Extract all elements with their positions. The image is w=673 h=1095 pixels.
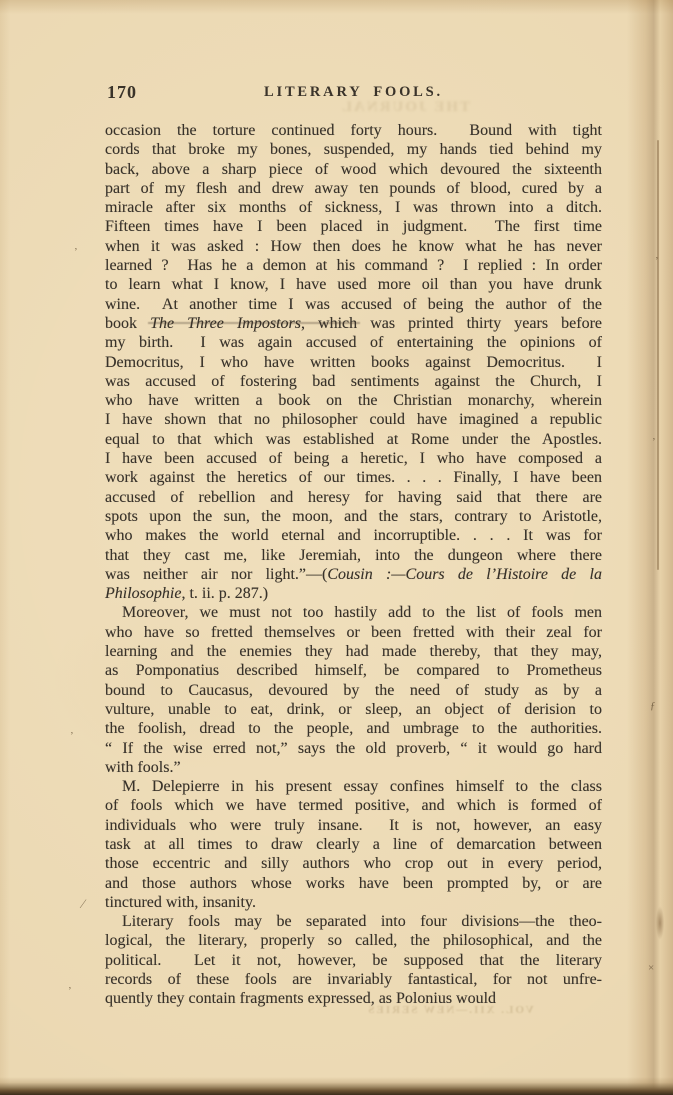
text-segment: vulture, unable to eat, drink, or sleep,… [105,701,602,718]
text-segment: who have written a book on the Christian… [105,392,602,409]
text-segment: task at all times to draw clearly a line… [105,836,602,853]
ink-speck: ’ [68,985,72,997]
text-segment: records of these fools are invariably fa… [105,971,602,988]
text-segment: individuals who were truly insane. It is… [105,817,602,834]
text-segment: miracle after six months of sickness, I … [105,199,602,216]
text-line: back, above a sharp piece of wood which … [105,160,602,179]
text-segment: Democritus, I who have written books aga… [105,354,602,371]
text-line: vulture, unable to eat, drink, or sleep,… [105,700,602,719]
scanned-book-page: { "page": { "number": "170", "running_he… [0,0,673,1095]
text-segment: and those authors whose works have been … [105,875,602,892]
text-segment: , which was printed thirty years before [301,315,602,332]
text-segment: logical, the literary, properly so calle… [105,932,602,949]
text-segment: to learn what I know, I have used more o… [105,276,602,293]
text-line: cords that broke my bones, suspended, my… [105,140,602,159]
text-line: wine. At another time I was accused of b… [105,295,602,314]
text-segment: political. Let it not, however, be suppo… [105,952,602,969]
text-segment: learned ? Has he a demon at his command … [105,257,602,274]
text-line: who have so fretted themselves or been f… [105,623,602,642]
text-segment: was accused of fostering bad sentiments … [105,373,602,390]
text-segment: tinctured with, insanity. [105,894,256,911]
text-line: Philosophie, t. ii. p. 287.) [105,584,602,603]
text-segment: Moreover, we must not too hastily add to… [122,604,602,621]
text-segment: , t. ii. p. 287.) [181,585,268,602]
text-line: learning and the enemies they had made t… [105,642,602,661]
paragraph: Literary fools may be separated into fou… [105,912,602,1008]
text-line: M. Delepierre in his present essay confi… [105,777,602,796]
ink-speck: ⁄ [82,896,84,912]
running-head: LITERARY FOOLS. [105,84,602,101]
text-line: learned ? Has he a demon at his command … [105,256,602,275]
text-line: records of these fools are invariably fa… [105,970,602,989]
text-line: to learn what I know, I have used more o… [105,275,602,294]
text-line: those eccentric and silly authors who cr… [105,854,602,873]
text-segment: back, above a sharp piece of wood which … [105,161,602,178]
text-line: political. Let it not, however, be suppo… [105,951,602,970]
text-line: task at all times to draw clearly a line… [105,835,602,854]
text-segment: M. Delepierre in his present essay confi… [122,778,602,795]
text-segment: with fools.” [105,759,181,776]
text-line: quently they contain fragments expressed… [105,989,602,1008]
text-line: that they cast me, like Jeremiah, into t… [105,546,602,565]
text-line: equal to that which was established at R… [105,430,602,449]
text-line: Fifteen times have I been placed in judg… [105,217,602,236]
text-segment: wine. At another time I was accused of b… [105,296,602,313]
text-line: tinctured with, insanity. [105,893,602,912]
text-segment: who makes the world eternal and incorrup… [105,527,602,544]
text-segment: those eccentric and silly authors who cr… [105,855,602,872]
ink-speck: ’ [74,246,78,258]
text-segment: cords that broke my bones, suspended, my… [105,141,602,158]
text-line: I have shown that no philosopher could h… [105,410,602,429]
ink-speck: ƒ [650,700,656,712]
text-segment: learning and the enemies they had made t… [105,643,602,660]
text-segment: that they cast me, like Jeremiah, into t… [105,547,602,564]
page-header: 170 LITERARY FOOLS. [105,82,602,104]
page-body-text: occasion the torture continued forty hou… [105,121,602,1009]
page-edge-tear [655,905,665,965]
text-segment: “ If the wise erred not,” says the old p… [105,740,602,757]
text-segment: was neither air nor light.”—( [105,566,327,583]
text-line: occasion the torture continued forty hou… [105,121,602,140]
text-segment: who have so fretted themselves or been f… [105,624,602,641]
text-line: when it was asked : How then does he kno… [105,237,602,256]
text-line: bound to Caucasus, devoured by the need … [105,681,602,700]
text-line: who makes the world eternal and incorrup… [105,526,602,545]
text-segment: my birth. I was again accused of enterta… [105,334,602,351]
italic-text: Cousin :—Cours de l’Histoire de la [327,566,602,583]
text-line: Moreover, we must not too hastily add to… [105,603,602,622]
text-segment: I have shown that no philosopher could h… [105,411,602,428]
text-segment: book [105,315,150,332]
page-right-edge-shadow [627,0,673,1095]
text-segment: bound to Caucasus, devoured by the need … [105,682,602,699]
text-line: work against the heretics of our times. … [105,468,602,487]
text-line: spots upon the sun, the moon, and the st… [105,507,602,526]
text-line: Literary fools may be separated into fou… [105,912,602,931]
text-segment: the foolish, dread to the people, and um… [105,720,602,737]
text-segment: Fifteen times have I been placed in judg… [105,218,602,235]
text-segment: Literary fools may be separated into fou… [122,913,602,930]
text-line: was accused of fostering bad sentiments … [105,372,602,391]
text-line: of fools which we have termed positive, … [105,796,602,815]
paragraph: Moreover, we must not too hastily add to… [105,603,602,777]
text-line: who have written a book on the Christian… [105,391,602,410]
text-segment: equal to that which was established at R… [105,431,602,448]
italic-text: The Three Impostors [150,315,301,332]
text-segment: work against the heretics of our times. … [105,469,602,486]
text-line: part of my flesh and drew away ten pound… [105,179,602,198]
text-line: and those authors whose works have been … [105,874,602,893]
text-segment: occasion the torture continued forty hou… [105,122,602,139]
text-line: with fools.” [105,758,602,777]
text-segment: I have been accused of being a heretic, … [105,450,602,467]
text-line: book The Three Impostors, which was prin… [105,314,602,333]
text-line: was neither air nor light.”—(Cousin :—Co… [105,565,602,584]
text-line: individuals who were truly insane. It is… [105,816,602,835]
text-line: accused of rebellion and heresy for havi… [105,488,602,507]
text-segment: as Pomponatius described himself, be com… [105,662,602,679]
paragraph: occasion the torture continued forty hou… [105,121,602,603]
ink-speck: ‚ [652,430,656,442]
text-line: I have been accused of being a heretic, … [105,449,602,468]
ink-speck: ’ [70,730,74,742]
text-line: as Pomponatius described himself, be com… [105,661,602,680]
ink-speck: × [648,962,654,974]
ink-speck: ’ [655,255,659,267]
text-line: miracle after six months of sickness, I … [105,198,602,217]
text-line: logical, the literary, properly so calle… [105,931,602,950]
scan-bottom-edge [0,1077,673,1095]
text-segment: when it was asked : How then does he kno… [105,238,602,255]
text-line: Democritus, I who have written books aga… [105,353,602,372]
italic-text: Philosophie [105,585,181,602]
text-segment: part of my flesh and drew away ten pound… [105,180,602,197]
text-line: my birth. I was again accused of enterta… [105,333,602,352]
page-crease [657,140,659,570]
text-segment: quently they contain fragments expressed… [105,990,496,1007]
text-line: “ If the wise erred not,” says the old p… [105,739,602,758]
text-segment: of fools which we have termed positive, … [105,797,602,814]
text-segment: spots upon the sun, the moon, and the st… [105,508,602,525]
text-line: the foolish, dread to the people, and um… [105,719,602,738]
paragraph: M. Delepierre in his present essay confi… [105,777,602,912]
text-segment: accused of rebellion and heresy for havi… [105,489,602,506]
